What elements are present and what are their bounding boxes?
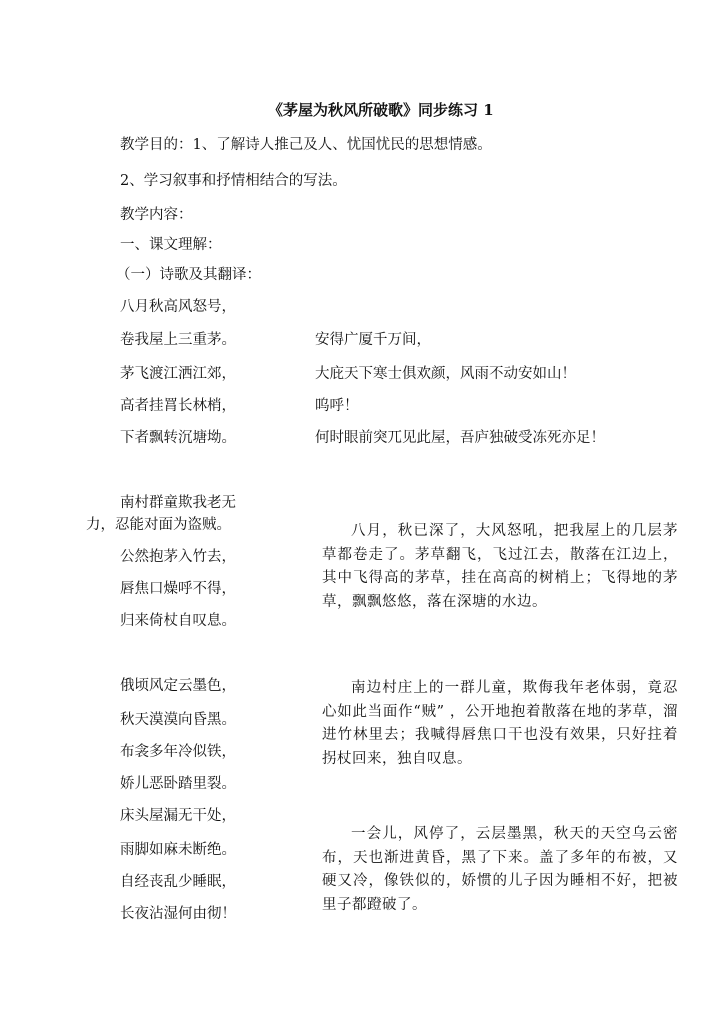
poem-line: 俄顷风定云墨色， bbox=[120, 677, 236, 695]
poem-line: 布衾多年冷似铁， bbox=[120, 743, 236, 761]
translation-paragraph: 南边村庄上的一群儿童，欺侮我年老体弱，竟忍心如此当面作“贼” ，公开地抱着散落在… bbox=[322, 677, 678, 771]
poem-line: 高者挂罥长林梢， bbox=[120, 397, 236, 415]
poem-line: 归来倚杖自叹息。 bbox=[120, 612, 236, 630]
content-label: 教学内容： bbox=[120, 206, 193, 224]
poem-line: 公然抱茅入竹去， bbox=[120, 548, 236, 566]
poem-line: 南村群童欺我老无 bbox=[120, 494, 236, 512]
subsection-heading: （一）诗歌及其翻译： bbox=[116, 266, 261, 284]
poem-line: 呜呼！ bbox=[315, 397, 359, 415]
poem-line: 卷我屋上三重茅。 bbox=[120, 331, 236, 349]
poem-line: 力，忍能对面为盗贼。 bbox=[86, 516, 231, 534]
document-title: 《茅屋为秋风所破歌》同步练习 1 bbox=[268, 101, 494, 119]
poem-line: 茅飞渡江洒江郊， bbox=[120, 365, 236, 383]
poem-line: 雨脚如麻未断绝。 bbox=[120, 841, 236, 859]
poem-line: 安得广厦千万间， bbox=[315, 331, 431, 349]
translation-paragraph: 一会儿，风停了，云层墨黑，秋天的天空乌云密布，天也渐进黄昏，黑了下来。盖了多年的… bbox=[322, 823, 678, 917]
objective-1: 教学目的：1、了解诗人推己及人、忧国忧民的思想情感。 bbox=[120, 136, 492, 154]
poem-line: 娇儿恶卧踏里裂。 bbox=[120, 775, 236, 793]
poem-line: 八月秋高风怒号， bbox=[120, 298, 236, 316]
objective-2: 2、学习叙事和抒情相结合的写法。 bbox=[120, 172, 347, 190]
poem-line: 长夜沾湿何由彻！ bbox=[120, 905, 236, 923]
section-heading: 一、课文理解： bbox=[120, 236, 222, 254]
poem-line: 大庇天下寒士俱欢颜，风雨不动安如山！ bbox=[315, 365, 576, 383]
poem-line: 床头屋漏无干处， bbox=[120, 807, 236, 825]
poem-line: 自经丧乱少睡眠， bbox=[120, 873, 236, 891]
poem-line: 何时眼前突兀见此屋，吾庐独破受冻死亦足！ bbox=[315, 429, 605, 447]
translation-paragraph: 八月，秋已深了，大风怒吼，把我屋上的几层茅草都卷走了。茅草翻飞，飞过江去，散落在… bbox=[322, 520, 678, 614]
poem-line: 下者飘转沉塘坳。 bbox=[120, 429, 236, 447]
poem-line: 秋天漠漠向昏黑。 bbox=[120, 711, 236, 729]
poem-line: 唇焦口燥呼不得， bbox=[120, 580, 236, 598]
